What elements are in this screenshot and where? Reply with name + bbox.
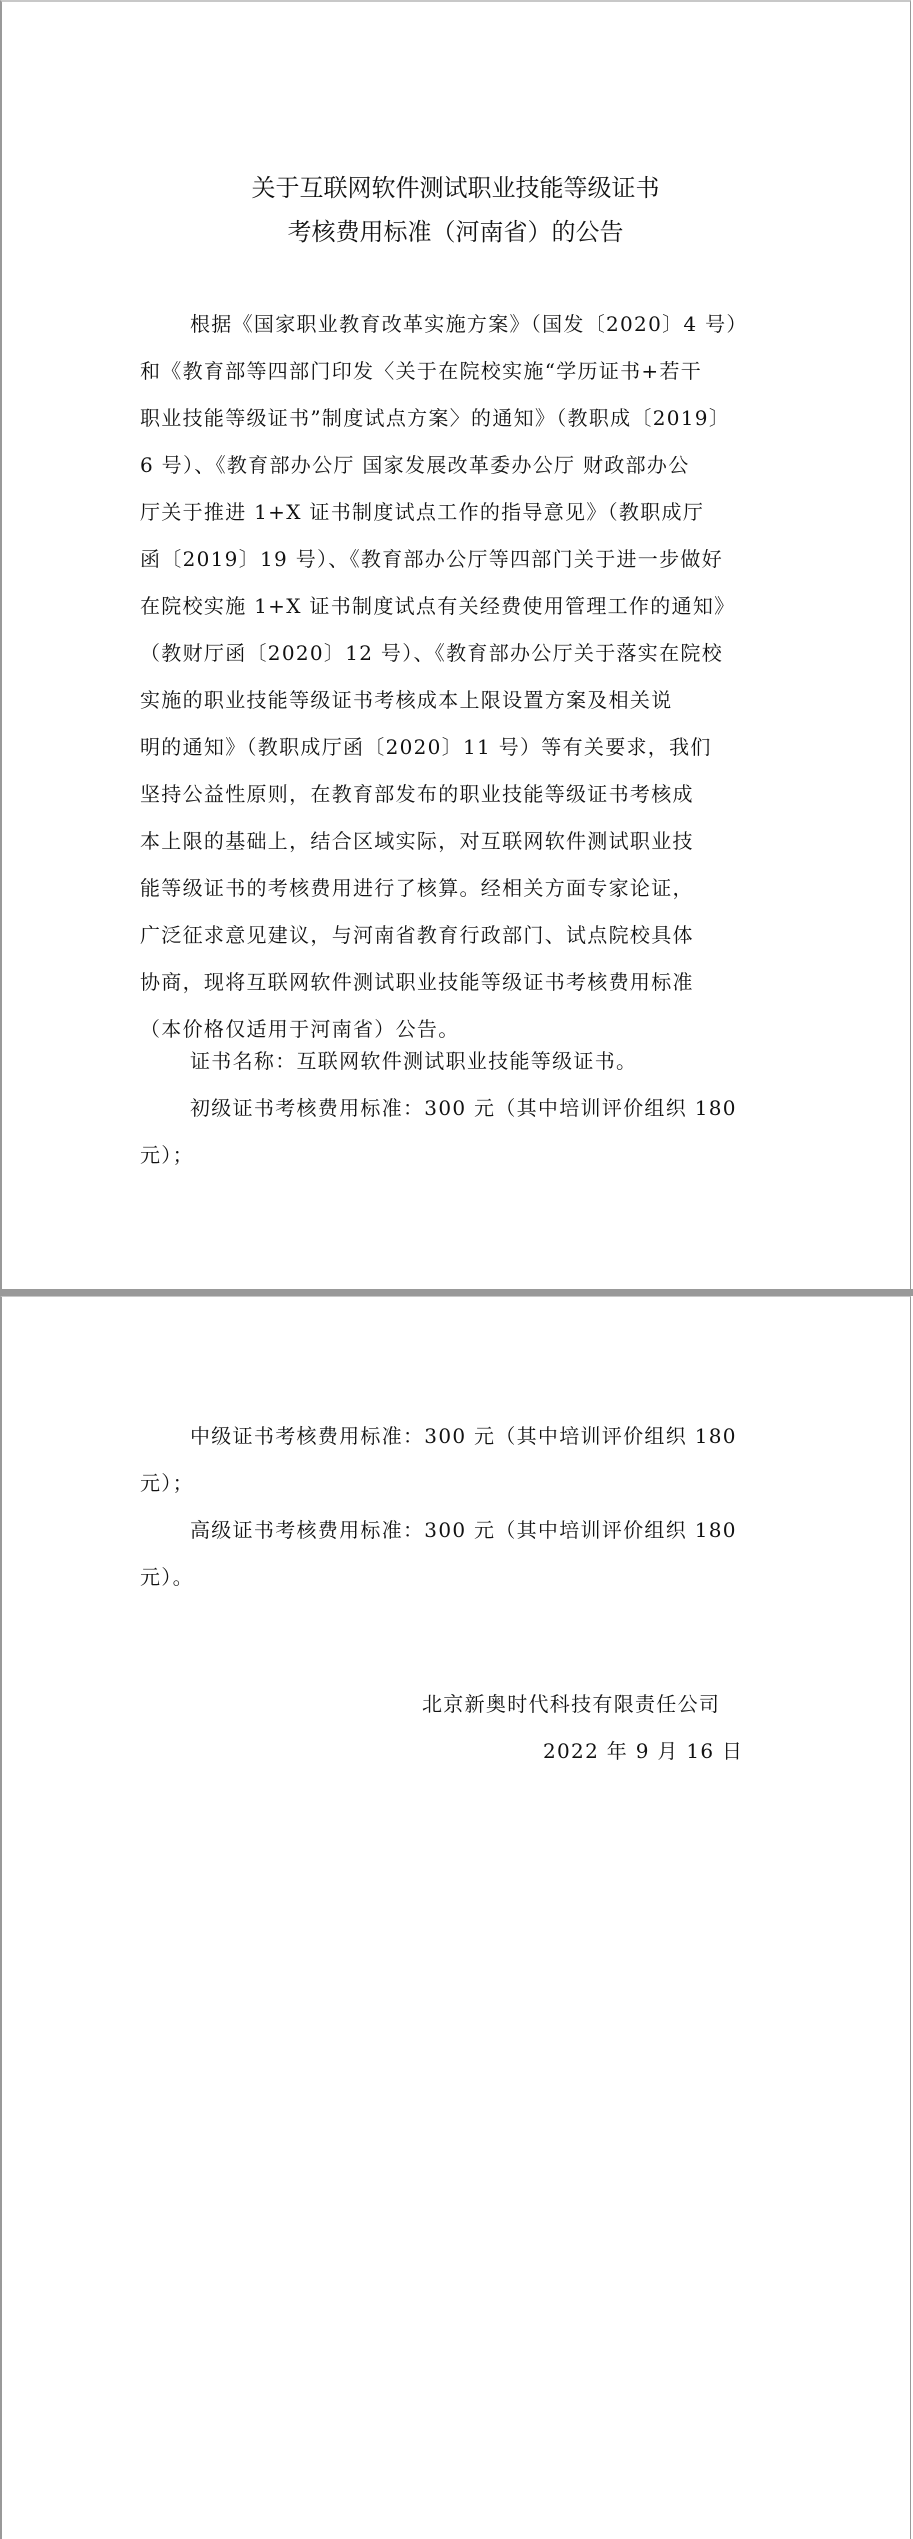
fee-primary-line-1: 初级证书考核费用标准：300 元（其中培训评价组织 180 — [190, 1092, 737, 1121]
body-line: 本上限的基础上，结合区域实际，对互联网软件测试职业技 — [140, 825, 694, 854]
fee-intermediate-line-1: 中级证书考核费用标准：300 元（其中培训评价组织 180 — [190, 1420, 737, 1449]
fee-intermediate-line-2: 元）； — [140, 1467, 194, 1496]
body-line: 和《教育部等四部门印发〈关于在院校实施“学历证书+若干 — [140, 355, 702, 384]
page-separator — [0, 1289, 913, 1296]
body-line: 在院校实施 1+X 证书制度试点有关经费使用管理工作的通知》 — [140, 590, 735, 619]
page-title-line-1: 关于互联网软件测试职业技能等级证书 — [0, 168, 911, 203]
body-line: 职业技能等级证书”制度试点方案〉的通知》（教职成〔2019〕 — [140, 402, 730, 431]
page-title-line-2: 考核费用标准（河南省）的公告 — [0, 212, 911, 247]
body-line: 广泛征求意见建议，与河南省教育行政部门、试点院校具体 — [140, 919, 694, 948]
body-line: 协商，现将互联网软件测试职业技能等级证书考核费用标准 — [140, 966, 694, 995]
fee-advanced-line-2: 元）。 — [140, 1561, 194, 1590]
body-line: （教财厅函〔2020〕12 号）、《教育部办公厅关于落实在院校 — [140, 637, 723, 666]
body-line: 厅关于推进 1+X 证书制度试点工作的指导意见》（教职成厅 — [140, 496, 704, 525]
signature-date: 2022 年 9 月 16 日 — [543, 1735, 743, 1764]
body-line: 明的通知》（教职成厅函〔2020〕11 号）等有关要求，我们 — [140, 731, 712, 760]
certificate-name: 证书名称：互联网软件测试职业技能等级证书。 — [190, 1045, 637, 1074]
body-line: 函〔2019〕19 号）、《教育部办公厅等四部门关于进一步做好 — [140, 543, 723, 572]
document-page-2 — [0, 1296, 911, 2539]
body-line: 能等级证书的考核费用进行了核算。经相关方面专家论证， — [140, 872, 694, 901]
body-line: （本价格仅适用于河南省）公告。 — [140, 1013, 460, 1042]
body-line: 6 号）、《教育部办公厅 国家发展改革委办公厅 财政部办公 — [140, 449, 690, 478]
body-line: 坚持公益性原则，在教育部发布的职业技能等级证书考核成 — [140, 778, 694, 807]
body-line: 根据《国家职业教育改革实施方案》（国发〔2020〕4 号） — [190, 308, 748, 337]
fee-primary-line-2: 元）； — [140, 1139, 194, 1168]
signature-company: 北京新奥时代科技有限责任公司 — [422, 1688, 720, 1717]
body-line: 实施的职业技能等级证书考核成本上限设置方案及相关说 — [140, 684, 673, 713]
fee-advanced-line-1: 高级证书考核费用标准：300 元（其中培训评价组织 180 — [190, 1514, 737, 1543]
